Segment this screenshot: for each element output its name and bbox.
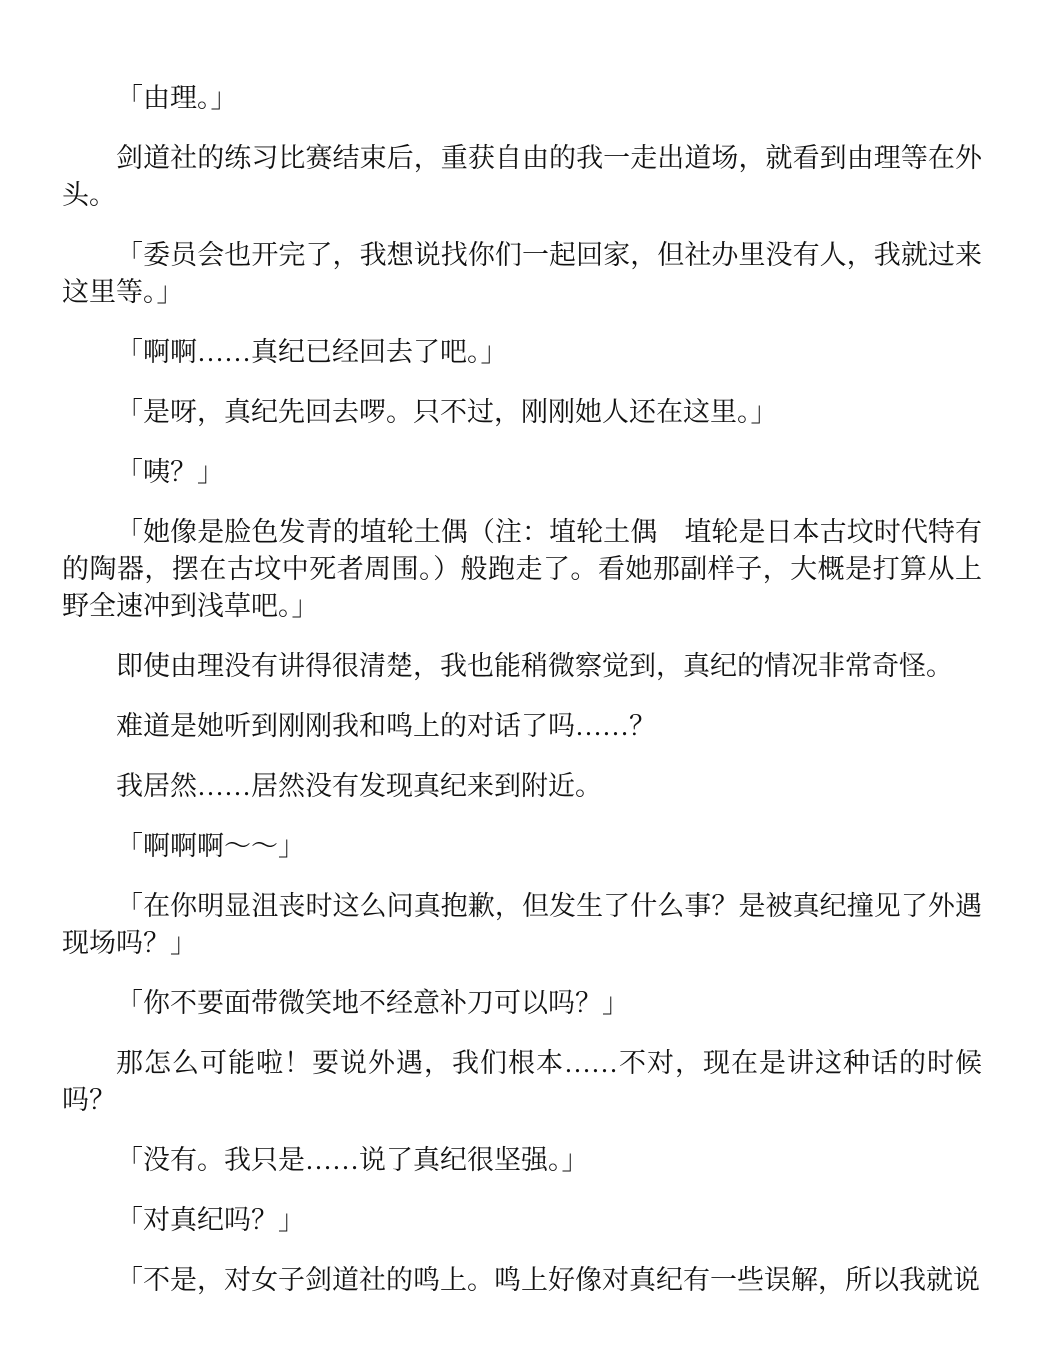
paragraph: 「你不要面带微笑地不经意补刀可以吗？」 xyxy=(62,985,982,1022)
paragraph: 「啊啊啊～～」 xyxy=(62,828,982,865)
paragraph: 「她像是脸色发青的埴轮土偶（注：埴轮土偶 埴轮是日本古坟时代特有的陶器，摆在古坟… xyxy=(62,514,982,625)
paragraph: 「不是，对女子剑道社的鸣上。鸣上好像对真纪有一些误解，所以我就说 xyxy=(62,1262,982,1299)
paragraph: 那怎么可能啦！要说外遇，我们根本……不对，现在是讲这种话的时候吗？ xyxy=(62,1045,982,1119)
paragraph: 我居然……居然没有发现真纪来到附近。 xyxy=(62,768,982,805)
paragraph: 「没有。我只是……说了真纪很坚强。」 xyxy=(62,1142,982,1179)
document-page: 「由理。」剑道社的练习比赛结束后，重获自由的我一走出道场，就看到由理等在外头。「… xyxy=(0,0,1046,1354)
paragraph: 「咦？」 xyxy=(62,454,982,491)
paragraph: 「由理。」 xyxy=(62,80,982,117)
paragraph: 「委员会也开完了，我想说找你们一起回家，但社办里没有人，我就过来这里等。」 xyxy=(62,237,982,311)
paragraph: 剑道社的练习比赛结束后，重获自由的我一走出道场，就看到由理等在外头。 xyxy=(62,140,982,214)
paragraph: 即使由理没有讲得很清楚，我也能稍微察觉到，真纪的情况非常奇怪。 xyxy=(62,648,982,685)
paragraph: 「在你明显沮丧时这么问真抱歉，但发生了什么事？是被真纪撞见了外遇现场吗？」 xyxy=(62,888,982,962)
paragraph: 「对真纪吗？」 xyxy=(62,1202,982,1239)
paragraph: 「是呀，真纪先回去啰。只不过，刚刚她人还在这里。」 xyxy=(62,394,982,431)
novel-text-body: 「由理。」剑道社的练习比赛结束后，重获自由的我一走出道场，就看到由理等在外头。「… xyxy=(62,80,982,1299)
paragraph: 「啊啊……真纪已经回去了吧。」 xyxy=(62,334,982,371)
paragraph: 难道是她听到刚刚我和鸣上的对话了吗……？ xyxy=(62,708,982,745)
